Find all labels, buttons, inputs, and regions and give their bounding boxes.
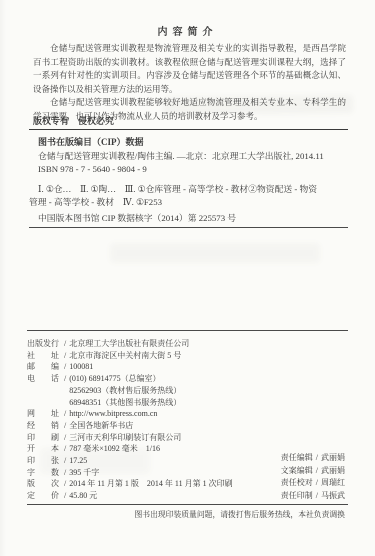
cip-main-entry: 仓储与配送管理实训教程/陶伟主编. —北京：北京理工大学出版社, 2014.11: [29, 150, 348, 164]
colophon-separator: /: [64, 420, 66, 432]
colophon-label: 印 刷: [27, 432, 63, 444]
cip-title: 图书在版编目（CIP）数据: [29, 130, 348, 150]
colophon-label: 版 次: [27, 478, 63, 490]
colophon-separator: /: [64, 432, 66, 444]
book-copyright-page: 内容简介 仓储与配送管理实训教程是物流管理及相关专业的实训指导教程，是西昌学院百…: [0, 0, 375, 556]
colophon-value: 三河市天利华印刷装订有限公司: [69, 432, 181, 444]
cip-record-number: 中国版本图书馆 CIP 数据核字（2014）第 225573 号: [29, 212, 348, 226]
colophon-row: 印 刷 / 三河市天利华印刷装订有限公司: [27, 432, 348, 444]
quality-service-note: 图书出现印装质量问题，请拨打售后服务热线，本社负责调换: [134, 509, 345, 520]
colophon-label: 定 价: [27, 490, 63, 502]
staff-row: 责任编辑 / 武丽娟: [281, 452, 345, 465]
cip-classification-line: 管理 - 高等学校 - 教材 Ⅳ. ①F253: [29, 196, 348, 210]
colophon-separator: /: [316, 465, 318, 478]
colophon-value: 2014 年 11 月第 1 版 2014 年 11 月第 1 次印刷: [69, 478, 232, 490]
colophon-value: http://www.bitpress.com.cn: [69, 408, 157, 420]
colophon-value: 395 千字: [69, 467, 99, 479]
colophon-separator: /: [64, 373, 66, 408]
staff-name: 武丽娟: [321, 465, 345, 478]
colophon-value: 17.25: [69, 455, 87, 467]
colophon-separator: /: [64, 350, 66, 362]
colophon-label: 网 址: [27, 408, 63, 420]
staff-row: 责任校对 / 周瑞红: [281, 477, 345, 490]
staff-row: 文案编辑 / 武丽娟: [281, 465, 345, 478]
colophon-separator: /: [64, 478, 66, 490]
colophon-label: 电 话: [27, 373, 63, 408]
staff-label: 责任编辑: [281, 452, 313, 465]
colophon-row: 社 址 / 北京市海淀区中关村南大街 5 号: [27, 350, 348, 362]
colophon-separator: /: [316, 452, 318, 465]
colophon-separator: /: [64, 338, 66, 350]
colophon-separator: /: [316, 490, 318, 503]
colophon-separator: /: [316, 477, 318, 490]
intro-title: 内容简介: [0, 23, 375, 38]
bleed-through-artifact: [110, 243, 320, 263]
editorial-staff-block: 责任编辑 / 武丽娟 文案编辑 / 武丽娟 责任校对 / 周瑞红 责任印制 / …: [281, 452, 345, 502]
colophon-label: 印 张: [27, 455, 63, 467]
staff-label: 责任校对: [281, 477, 313, 490]
cip-data-box: 图书在版编目（CIP）数据 仓储与配送管理实训教程/陶伟主编. —北京：北京理工…: [29, 129, 348, 228]
colophon-row: 电 话 / (010) 68914775（总编室） 82562903（教材售后服…: [27, 373, 348, 408]
colophon-separator: /: [64, 455, 66, 467]
staff-label: 文案编辑: [281, 465, 313, 478]
colophon-label: 字 数: [27, 467, 63, 479]
colophon-separator: /: [64, 443, 66, 455]
intro-paragraph: 仓储与配送管理实训教程是物流管理及相关专业的实训指导教程，是西昌学院百书工程资助…: [33, 42, 346, 96]
colophon-row: 出版发行 / 北京理工大学出版社有限责任公司: [27, 338, 348, 350]
colophon-separator: /: [64, 467, 66, 479]
colophon-label: 经 销: [27, 420, 63, 432]
staff-name: 马振武: [321, 490, 345, 503]
colophon-value: 100081: [69, 361, 93, 373]
colophon-value: 787 毫米×1092 毫米 1/16: [69, 443, 160, 455]
colophon-value: 北京理工大学出版社有限责任公司: [69, 338, 189, 350]
colophon-separator: /: [64, 361, 66, 373]
colophon-label: 开 本: [27, 443, 63, 455]
colophon-label: 邮 编: [27, 361, 63, 373]
colophon-value: 北京市海淀区中关村南大街 5 号: [69, 350, 181, 362]
cip-classification-line: Ⅰ. ①仓… Ⅱ. ①陶… Ⅲ. ①仓库管理 - 高等学校 - 教材②物资配送 …: [29, 183, 348, 197]
colophon-label: 社 址: [27, 350, 63, 362]
colophon-value: (010) 68914775（总编室） 82562903（教材售后服务热线） 6…: [69, 373, 181, 408]
colophon-row: 网 址 / http://www.bitpress.com.cn: [27, 408, 348, 420]
colophon-label: 出版发行: [27, 338, 63, 350]
copyright-notice: 版权专有 侵权必究: [33, 114, 114, 127]
colophon-separator: /: [64, 408, 66, 420]
colophon-value: 全国各地新华书店: [69, 420, 133, 432]
staff-name: 武丽娟: [321, 452, 345, 465]
cip-isbn: ISBN 978 - 7 - 5640 - 9804 - 9: [29, 163, 348, 177]
intro-section: 仓储与配送管理实训教程是物流管理及相关专业的实训指导教程，是西昌学院百书工程资助…: [33, 42, 346, 124]
colophon-separator: /: [64, 490, 66, 502]
colophon-value: 45.80 元: [69, 490, 97, 502]
colophon-row: 邮 编 / 100081: [27, 361, 348, 373]
staff-label: 责任印制: [281, 490, 313, 503]
staff-name: 周瑞红: [321, 477, 345, 490]
colophon-row: 经 销 / 全国各地新华书店: [27, 420, 348, 432]
staff-row: 责任印制 / 马振武: [281, 490, 345, 503]
